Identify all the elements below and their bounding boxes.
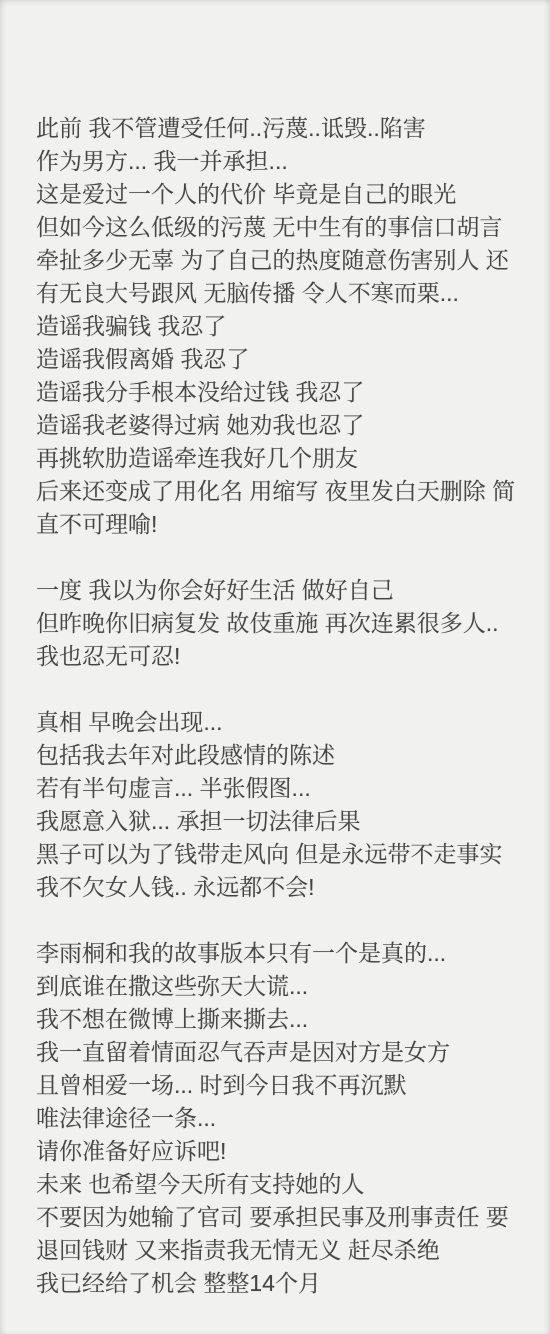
text-line: 未来 也希望今天所有支持她的人 [36, 1168, 540, 1201]
text-line: 若有半句虚言... 半张假图... [36, 772, 540, 805]
statement-screenshot: { "page": { "background_color": "#f1f1ef… [0, 0, 550, 1334]
text-line: 我不想在微博上撕来撕去... [36, 1003, 540, 1036]
text-line: 但如今这么低级的污蔑 无中生有的事信口胡言 [36, 211, 540, 244]
text-line: 且曾相爱一场... 时到今日我不再沉默 [36, 1069, 540, 1102]
text-line: 真相 早晚会出现... [36, 706, 540, 739]
post-text: 此前 我不管遭受任何..污蔑..诋毁..陷害 作为男方... 我一并承担... … [36, 112, 540, 1300]
text-line: 直不可理喻! [36, 508, 540, 541]
text-line: 不要因为她输了官司 要承担民事及刑事责任 要 [36, 1201, 540, 1234]
text-line: 我不欠女人钱.. 永远都不会! [36, 871, 540, 904]
text-line: 有无良大号跟风 无脑传播 令人不寒而栗... [36, 277, 540, 310]
text-line: 我也忍无可忍! [36, 640, 540, 673]
text-line: 到底谁在撒这些弥天大谎... [36, 970, 540, 1003]
text-line: 请你准备好应诉吧! [36, 1135, 540, 1168]
text-line: 包括我去年对此段感情的陈述 [36, 739, 540, 772]
text-line: 造谣我假离婚 我忍了 [36, 343, 540, 376]
text-line: 唯法律途径一条... [36, 1102, 540, 1135]
text-line: 李雨桐和我的故事版本只有一个是真的... [36, 937, 540, 970]
blank-line [36, 904, 540, 937]
text-line: 造谣我分手根本没给过钱 我忍了 [36, 376, 540, 409]
text-line: 我一直留着情面忍气吞声是因对方是女方 [36, 1036, 540, 1069]
blank-line [36, 673, 540, 706]
text-line: 退回钱财 又来指责我无情无义 赶尽杀绝 [36, 1234, 540, 1267]
text-line: 黑子可以为了钱带走风向 但是永远带不走事实 [36, 838, 540, 871]
text-line: 这是爱过一个人的代价 毕竟是自己的眼光 [36, 178, 540, 211]
text-line: 牵扯多少无辜 为了自己的热度随意伤害别人 还 [36, 244, 540, 277]
text-line: 我已经给了机会 整整14个月 [36, 1267, 540, 1300]
text-line: 再挑软肋造谣牵连我好几个朋友 [36, 442, 540, 475]
text-line: 造谣我骗钱 我忍了 [36, 310, 540, 343]
text-line: 作为男方... 我一并承担... [36, 145, 540, 178]
text-line: 一度 我以为你会好好生活 做好自己 [36, 574, 540, 607]
text-line: 但昨晚你旧病复发 故伎重施 再次连累很多人.. [36, 607, 540, 640]
text-line: 造谣我老婆得过病 她劝我也忍了 [36, 409, 540, 442]
blank-line [36, 541, 540, 574]
text-line: 此前 我不管遭受任何..污蔑..诋毁..陷害 [36, 112, 540, 145]
text-line: 后来还变成了用化名 用缩写 夜里发白天删除 简 [36, 475, 540, 508]
text-line: 我愿意入狱... 承担一切法律后果 [36, 805, 540, 838]
